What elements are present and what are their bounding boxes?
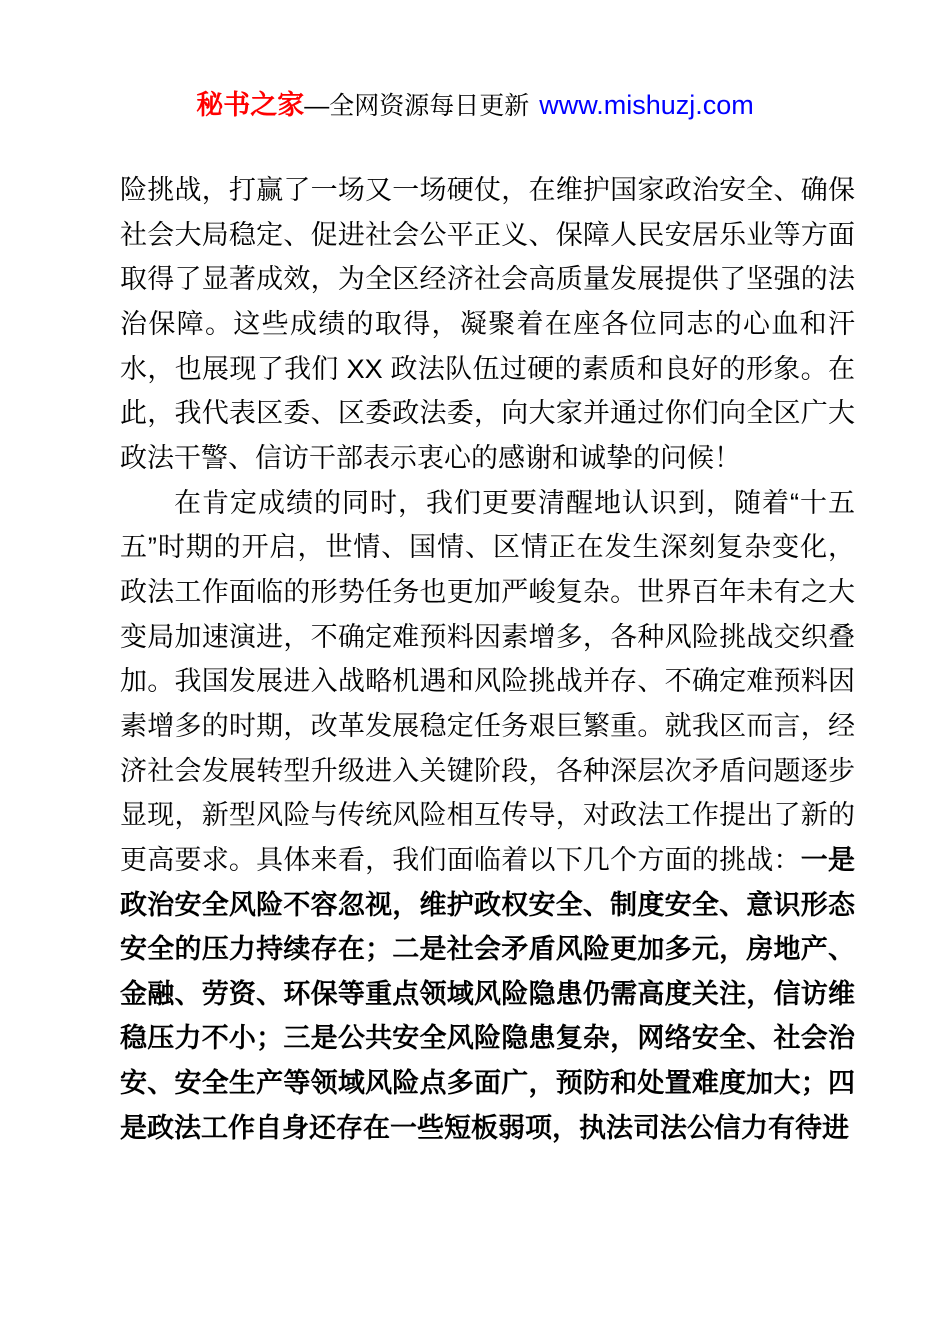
site-header: 秘书之家—全网资源每日更新www.mishuzj.com [0, 88, 950, 127]
paragraph-2-bold-text: 一是政治安全风险不容忽视，维护政权安全、制度安全、意识形态安全的压力持续存在；二… [120, 845, 855, 1143]
paragraph-1-text: 险挑战，打赢了一场又一场硬仗，在维护国家政治安全、确保社会大局稳定、促进社会公平… [120, 175, 855, 473]
site-name: 秘书之家 [196, 90, 304, 120]
document-body: 险挑战，打赢了一场又一场硬仗，在维护国家政治安全、确保社会大局稳定、促进社会公平… [120, 168, 855, 1150]
document-page: 秘书之家—全网资源每日更新www.mishuzj.com 险挑战，打赢了一场又一… [0, 0, 950, 1344]
site-url-link[interactable]: www.mishuzj.com [539, 90, 754, 120]
site-tagline: —全网资源每日更新 [304, 92, 529, 120]
paragraph-challenges: 在肯定成绩的同时，我们更要清醒地认识到，随着“十五五”时期的开启，世情、国情、区… [120, 481, 855, 1151]
paragraph-continuation: 险挑战，打赢了一场又一场硬仗，在维护国家政治安全、确保社会大局稳定、促进社会公平… [120, 168, 855, 481]
paragraph-2-normal-text: 在肯定成绩的同时，我们更要清醒地认识到，随着“十五五”时期的开启，世情、国情、区… [120, 488, 855, 875]
